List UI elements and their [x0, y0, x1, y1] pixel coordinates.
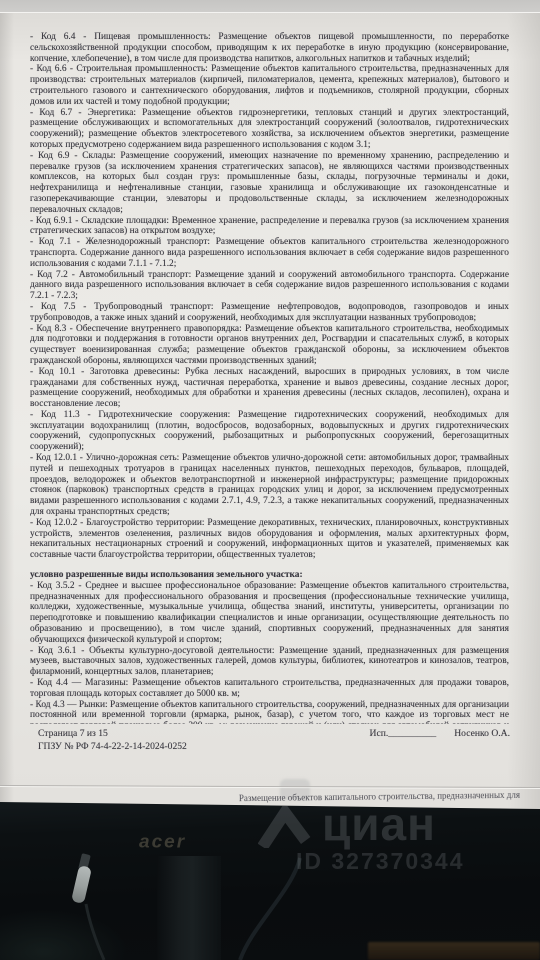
regulation-paragraph: - Код 12.0.1 - Улично-дорожная сеть: Раз…	[30, 453, 509, 518]
document-footer: Страница 7 из 15 ГПЗУ № РФ 74-4-22-2-14-…	[38, 727, 510, 753]
executor-signature-line: Исп.__________Носенко О.А.	[370, 727, 510, 740]
regulation-paragraph: - Код 6.9.1 - Складские площадки: Времен…	[30, 216, 509, 238]
regulation-paragraph: - Код 3.5.2 - Среднее и высшее профессио…	[30, 581, 509, 646]
document-body: - Код 6.4 - Пищевая промышленность: Разм…	[30, 32, 509, 724]
regulation-paragraph: - Код 6.7 - Энергетика: Размещение объек…	[30, 108, 509, 151]
regulation-paragraph: - Код 7.5 - Трубопроводный транспорт: Ра…	[30, 302, 509, 324]
cables	[0, 796, 540, 960]
regulation-paragraph: - Код 6.9 - Склады: Размещение сооружени…	[30, 151, 509, 216]
executor-label: Исп.__________	[370, 728, 437, 739]
document-number: ГПЗУ № РФ 74-4-22-2-14-2024-0252	[38, 740, 187, 753]
regulation-paragraph: - Код 11.3 - Гидротехнические сооружения…	[30, 410, 509, 453]
document-page: - Код 6.4 - Пищевая промышленность: Разм…	[0, 13, 540, 813]
regulation-paragraph: - Код 6.6 - Строительная промышленность:…	[30, 64, 509, 107]
footer-left-block: Страница 7 из 15 ГПЗУ № РФ 74-4-22-2-14-…	[38, 727, 187, 753]
regulation-paragraph: - Код 4.3 — Рынки: Размещение объектов к…	[30, 700, 509, 724]
regulation-paragraph: - Код 7.1 - Железнодорожный транспорт: Р…	[30, 237, 509, 269]
desk-object	[368, 942, 540, 960]
page-number: Страница 7 из 15	[38, 727, 187, 740]
executor-name: Носенко О.А.	[454, 728, 510, 739]
regulation-paragraph: - Код 12.0.2 - Благоустройство территори…	[30, 518, 509, 561]
regulation-paragraph: - Код 6.4 - Пищевая промышленность: Разм…	[30, 32, 509, 64]
regulation-paragraph: - Код 4.4 — Магазины: Размещение объекто…	[30, 678, 509, 700]
regulation-paragraph: - Код 10.1 - Заготовка древесины: Рубка …	[30, 367, 509, 410]
conditional-uses-heading: условно разрешенные виды использования з…	[30, 570, 509, 581]
monitor-bezel: acer	[0, 796, 540, 960]
regulation-paragraph: - Код 3.6.1 - Объекты культурно-досугово…	[30, 646, 509, 678]
regulation-paragraph: - Код 7.2 - Автомобильный транспорт: Раз…	[30, 270, 509, 302]
regulation-paragraph: - Код 8.3 - Обеспечение внутреннего прав…	[30, 324, 509, 367]
photo-of-monitor: - Код 6.4 - Пищевая промышленность: Разм…	[0, 0, 540, 960]
photo-top-strip	[0, 0, 540, 13]
